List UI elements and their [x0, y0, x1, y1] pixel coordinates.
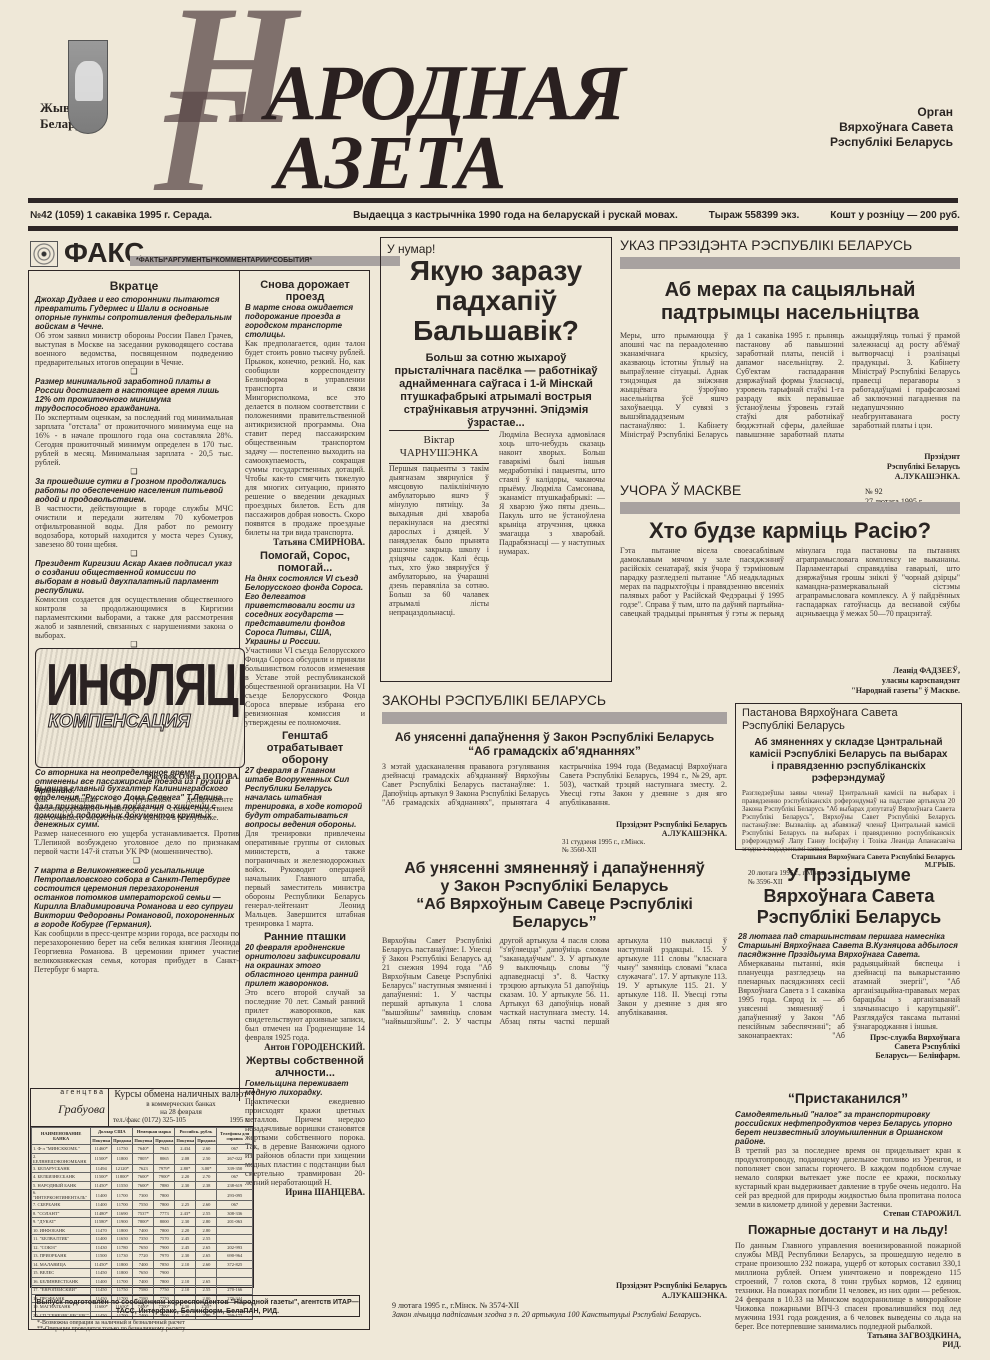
law2-headline: Аб унясенні змяненняў і дапаўненняў у За…	[382, 860, 727, 932]
brief-item: Президент Киргизии Аскар Акаев подписал …	[35, 559, 233, 640]
article-body: В третий раз за последнее время он приде…	[735, 1146, 961, 1209]
table-cell: 11550	[112, 1181, 133, 1190]
table-cell: 8065	[154, 1153, 175, 1164]
table-row: 11. "БЕЛВАЛТИБ"1140011650735075702.452.5…	[32, 1235, 253, 1244]
table-cell: 7900*	[154, 1173, 175, 1182]
brief-body: Об этом заявил министр обороны России Па…	[35, 331, 233, 367]
table-cell: 11494	[91, 1164, 112, 1173]
table-cell: 2.80	[196, 1218, 217, 1227]
presidium-lead: 28 лютага пад старшынствам першага намес…	[738, 932, 960, 959]
laws-section: ЗАКОНЫ РЭСПУБЛІКІ БЕЛАРУСЬ Аб унясенні д…	[382, 692, 727, 1319]
article-author: Антон ГОРОДЕНСКИЙ.	[245, 1042, 365, 1052]
section-bar	[620, 502, 960, 514]
table-cell: 7600*	[133, 1181, 154, 1190]
article-author: Степан СТАРОЖИЛ.	[735, 1209, 961, 1218]
headline-line: Аб унясенні змяненняў і дапаўненняў	[382, 860, 727, 878]
presidium-headline: У Прэзідыуме Вярхоўнага Савета Рэспублік…	[738, 865, 960, 928]
table-cell: 2.43*	[175, 1209, 196, 1218]
table-cell: 2.70	[196, 1173, 217, 1182]
law1-headline-title: “Аб грамадскіх аб'яднаннях”	[382, 744, 727, 758]
table-cell: 7850	[154, 1260, 175, 1269]
fax-article: Снова дорожает проезд В марте снова ожид…	[245, 279, 365, 547]
decree-body: Разгледзеўшы заявы членаў Цэнтральнай ка…	[736, 789, 961, 853]
organ-line: Вярхоўнага Савета	[830, 120, 953, 135]
section-label: УЧОРА Ў МАСКВЕ	[620, 482, 960, 498]
brief-body: По экспертным оценкам, за последний год …	[35, 413, 233, 467]
featured-author: Віктар ЧАРНУШЭНКА	[389, 430, 489, 464]
rates-note: **-Операция проводится только по безнали…	[31, 1326, 253, 1332]
table-cell: 11400	[91, 1235, 112, 1244]
table-cell	[217, 1235, 253, 1244]
article-lead: 20 февраля гродненские орнитологи зафикс…	[245, 943, 365, 988]
table-cell: 2.45	[175, 1243, 196, 1252]
table-cell: 16. БЕЛИНВЕСТБАНК	[32, 1277, 91, 1286]
table-cell: 2.10	[175, 1286, 196, 1295]
table-cell: 308-336	[217, 1209, 253, 1218]
cartoon-word-inflation: ИНФЛЯЦИЯ	[46, 649, 245, 719]
table-row: 12. "СОЮЗ"1143011780765079002.452.65202-…	[32, 1243, 253, 1252]
article-body: Для тренировки привлечены оперативные гр…	[245, 829, 365, 928]
brief-item: Джохар Дудаев и его сторонники пытаются …	[35, 295, 233, 367]
table-cell: 11580*	[91, 1218, 112, 1227]
brief-lead: Размер минимальной заработной платы в Ро…	[35, 377, 233, 413]
table-cell: 12120*	[112, 1164, 133, 1173]
col-header: Немецкая марка	[133, 1128, 175, 1137]
table-row: 2. БЕЛВНЕШЭКОНОМБАНК11500*118007805*8065…	[32, 1153, 253, 1164]
brief-lead: Джохар Дудаев и его сторонники пытаются …	[35, 295, 233, 331]
table-cell: 3.00*	[196, 1164, 217, 1173]
table-row: 5. НАРОДНЫЙ БАНК11450*115507600*78802.30…	[32, 1181, 253, 1190]
table-cell: 11470	[91, 1226, 112, 1235]
square-bullet-icon: ❑	[34, 856, 239, 866]
brief-body: Размер нанесенного ею ущерба устанавлива…	[34, 829, 239, 856]
masthead-rule	[28, 198, 958, 203]
subheader: Продажа	[196, 1136, 217, 1145]
table-row: 10. ИНФОБАНК1147011800740078002.202.80	[32, 1226, 253, 1235]
meta-line: 31 студзеня 1995 г., г.Мінск.	[562, 838, 727, 846]
signature-line: Старшыня Вярхоўнага Савета Рэспублікі Бе…	[736, 853, 955, 861]
table-cell: 2.55	[196, 1209, 217, 1218]
issue-info-line: №42 (1059) 1 сакавіка 1995 г. Серада. Вы…	[30, 210, 960, 221]
brief-lead: За прошедшие сутки в Грозном продолжалис…	[35, 477, 233, 504]
ukaz-section: УКАЗ ПРЭЗІДЭНТА РЭСПУБЛІКІ БЕЛАРУСЬ Аб м…	[620, 237, 960, 471]
table-cell: 11800	[112, 1269, 133, 1278]
table-cell	[196, 1190, 217, 1201]
cartoon-word-compensation: КОМПЕНСАЦИЯ	[48, 711, 191, 732]
article-title: Ранние пташки	[245, 931, 365, 943]
table-cell: 1. Ф-л "МИНСККОМБ."	[32, 1145, 91, 1154]
table-cell: 2.65	[196, 1243, 217, 1252]
table-cell: 2.10	[175, 1277, 196, 1286]
brief-item: Размер минимальной заработной платы в Ро…	[35, 377, 233, 467]
table-cell: 11700	[112, 1277, 133, 1286]
table-cell: 11780	[112, 1243, 133, 1252]
table-cell: 13. ПРИОРБАНК	[32, 1252, 91, 1261]
featured-body: Людміла Веснуха адмовілася хоць што-небу…	[499, 430, 605, 676]
table-cell: 7650	[133, 1243, 154, 1252]
featured-kicker: У нумар!	[381, 238, 611, 256]
rates-date: на 28 февраля	[109, 1108, 253, 1116]
signature-line: А.ЛУКАШЭНКА.	[887, 472, 960, 482]
subheader: Покупка	[133, 1136, 154, 1145]
subheader: Покупка	[91, 1136, 112, 1145]
table-cell: 11430	[91, 1243, 112, 1252]
signature-line: А.ЛУКАШЭНКА.	[382, 1291, 727, 1301]
table-cell: 2.434	[175, 1145, 196, 1154]
table-cell: 7570	[154, 1235, 175, 1244]
exchange-rates-table: агенцтва Грабуова Курсы обмена наличных …	[30, 1088, 254, 1288]
article-lead: 27 февраля в Главном штабе Вооруженных С…	[245, 766, 365, 829]
article-headline: “Пристаканился”	[735, 1090, 961, 1106]
table-cell: 10. ИНФОБАНК	[32, 1226, 91, 1235]
signature-line: Леанід ФАДЗЕЕЎ,	[620, 666, 960, 676]
table-cell: 11500	[91, 1252, 112, 1261]
table-cell	[217, 1277, 253, 1286]
table-cell: 7650	[133, 1269, 154, 1278]
table-cell: 2.30	[175, 1252, 196, 1261]
table-cell: 067	[217, 1201, 253, 1210]
subheader: Покупка	[175, 1136, 196, 1145]
featured-article: У нумар! Якую заразу падхапіў Бальшавік?…	[380, 237, 612, 682]
ukaz-headline: Аб мерах па сацыяльнай падтрымцы насельн…	[620, 279, 960, 325]
table-cell: 2.60	[196, 1145, 217, 1154]
table-cell: 7750	[154, 1286, 175, 1295]
table-cell: 2.20	[175, 1226, 196, 1235]
table-cell: 7900	[154, 1269, 175, 1278]
section-bar	[620, 257, 960, 269]
table-cell: 2.80	[196, 1226, 217, 1235]
table-row: 6. "ИНТЕРКОНТИНЕНТАЛЬ"114001170073007800…	[32, 1190, 253, 1201]
table-cell: 14. МАЛАВИЦА	[32, 1260, 91, 1269]
law1-meta: 31 студзеня 1995 г., г.Мінск. № 3560-XII	[562, 838, 727, 854]
pristakanilsya-article: “Пристаканился” Самодеятельный "налог" з…	[735, 1090, 961, 1218]
headline-line: “Аб Вярхоўным Савеце Рэспублікі Беларусь…	[382, 896, 727, 932]
table-cell: 11400	[91, 1277, 112, 1286]
inflation-cartoon: ИНФЛЯЦИЯ КОМПЕНСАЦИЯ	[35, 648, 245, 768]
law1-headline: Аб унясенні дапаўнення ў Закон Рэспублік…	[382, 730, 727, 744]
table-cell: 11750	[112, 1286, 133, 1295]
table-row: 17. "ЕВРОПЕЙСКИЙ"1145011750758077502.102…	[32, 1286, 253, 1295]
table-cell: 11450	[91, 1286, 112, 1295]
brief-item: За прошедшие сутки в Грозном продолжалис…	[35, 477, 233, 549]
table-row: 14. МАЛАВИЦА11450*11800740078502.102.603…	[32, 1260, 253, 1269]
law2-meta: 9 лютага 1995 г., г.Мінск. № 3574-XII	[392, 1301, 727, 1310]
organ-line: Орган	[830, 105, 953, 120]
table-cell: 7350	[133, 1235, 154, 1244]
section-label: ЗАКОНЫ РЭСПУБЛІКІ БЕЛАРУСЬ	[382, 692, 727, 708]
masthead-organ: Орган Вярхоўнага Савета Рэспублікі Белар…	[830, 105, 953, 150]
fax-article: Помогай, Сорос, помогай... На днях состо…	[245, 550, 365, 727]
table-cell: 2.08	[175, 1153, 196, 1164]
table-cell: 2.20	[175, 1173, 196, 1182]
featured-body: Першыя пацыенты з такім дыягназам звярну…	[389, 464, 489, 678]
article-body: Практически ежедневно происходят кражи ц…	[245, 1097, 365, 1187]
briefs-title: Вкратце	[35, 279, 233, 293]
table-row: 8. "СОЛАНТ"11480*116907537*77732.43*2.55…	[32, 1209, 253, 1218]
table-cell: 7580	[133, 1286, 154, 1295]
table-cell: 7800	[154, 1277, 175, 1286]
fax-sources-footer: Выпуск подготовлен по сообщениям корресп…	[35, 1295, 360, 1317]
article-lead: Гомельщина переживает медную лихорадку.	[245, 1079, 365, 1097]
table-cell	[196, 1269, 217, 1278]
meta-line: № 3560-XII	[562, 846, 727, 854]
table-cell: 11400	[91, 1201, 112, 1210]
table-row: 7. СБЕРБАНК1140011700755078002.252.60067	[32, 1201, 253, 1210]
circulation: Тыраж 558399 экз.	[709, 210, 799, 221]
brief-lead: Президент Киргизии Аскар Акаев подписал …	[35, 559, 233, 595]
subheader: Продажа	[112, 1136, 133, 1145]
table-cell: 11. "БЕЛВАЛТИБ"	[32, 1235, 91, 1244]
col-header: Телефоны для справок	[217, 1128, 253, 1145]
table-cell: 2.80*	[175, 1164, 196, 1173]
article-title: Генштаб отрабатывает оборону	[245, 730, 365, 766]
table-cell: 6. "ИНТЕРКОНТИНЕНТАЛЬ"	[32, 1190, 91, 1201]
featured-deck: Больш за сотню жыхароў прысталічнага пас…	[381, 346, 611, 436]
table-cell: 293-095	[217, 1190, 253, 1201]
col-header: Российск. рубль	[175, 1128, 217, 1137]
agency-name: Грабуова	[31, 1102, 108, 1117]
table-cell: 2.30	[175, 1218, 196, 1227]
col-header: Доллар США	[91, 1128, 133, 1137]
table-cell: 11450*	[91, 1181, 112, 1190]
newspaper-logo: Н Г АРОДНАЯ АЗЕТА	[135, 20, 835, 195]
law2-signature: Прэзідэнт Рэспублікі Беларусь А.ЛУКАШЭНК…	[382, 1281, 727, 1301]
table-cell: 11690	[112, 1209, 133, 1218]
table-cell: 11730	[112, 1252, 133, 1261]
article-author: Татьяна СМИРНОВА.	[245, 537, 365, 547]
table-cell: 7. СБЕРБАНК	[32, 1201, 91, 1210]
table-cell: 2.10	[175, 1260, 196, 1269]
fax-header: ФАКС *ФАКТЫ*АРГУМЕНТЫ*КОММЕНТАРИИ*СОБЫТИ…	[30, 241, 370, 267]
table-cell: 11800	[112, 1153, 133, 1164]
table-cell: 2.60	[196, 1260, 217, 1269]
table-cell: 067	[217, 1173, 253, 1182]
table-cell	[175, 1190, 196, 1201]
table-cell: 238-619	[217, 1181, 253, 1190]
brief-body: Комиссия создается для осуществления общ…	[35, 595, 233, 640]
law1-signature: Прэзідэнт Рэспублікі Беларусь А.ЛУКАШЭНК…	[382, 820, 727, 838]
table-cell: 11650	[112, 1235, 133, 1244]
table-cell: 7550	[133, 1201, 154, 1210]
table-row: 9. "ДУКАТ"11580*119007800*80002.302.8020…	[32, 1218, 253, 1227]
article-title: Помогай, Сорос, помогай...	[245, 550, 365, 574]
table-cell: 067	[217, 1145, 253, 1154]
brief-lead: Бывшая главный бухгалтер Калининградског…	[34, 784, 239, 829]
table-cell: 11450	[91, 1269, 112, 1278]
subheader: Продажа	[154, 1136, 175, 1145]
law2-note: Закон лічыцца падпісаным згодна з п. 20 …	[392, 1310, 727, 1319]
decree-headline: Аб змяненнях у складзе Цэнтральнай каміс…	[748, 737, 949, 785]
signature-line: Беларусь— Белінфарм.	[738, 1051, 960, 1060]
article-title: Жертвы собственной алчности...	[245, 1055, 365, 1079]
table-row: 3. БЕЛАРУСБАНК1149412120*76237979*2.80*3…	[32, 1164, 253, 1173]
square-bullet-icon: ❑	[35, 467, 233, 477]
rates-subtitle: в коммерческих банках	[109, 1100, 253, 1108]
table-cell: 2.38	[196, 1181, 217, 1190]
article-body: Участники VI съезда Белорусского Фонда С…	[245, 646, 365, 727]
signature-line: уласны карэспандэнт	[620, 676, 960, 686]
table-cell: 2.55	[196, 1235, 217, 1244]
table-cell: 372-825	[217, 1260, 253, 1269]
fire-article: Пожарные достанут и на льду! По данным Г…	[735, 1222, 961, 1349]
table-cell: 7720	[133, 1252, 154, 1261]
article-lead: Самодеятельный "налог" за транспортировк…	[735, 1110, 961, 1146]
brief-item: Бывшая главный бухгалтер Калининградског…	[34, 784, 239, 974]
table-cell: 7945	[154, 1145, 175, 1154]
presidium-article: У Прэзідыуме Вярхоўнага Савета Рэспублік…	[738, 865, 960, 1060]
square-bullet-icon: ❑	[35, 367, 233, 377]
article-body: Это всего второй случай за последние 70 …	[245, 988, 365, 1042]
agency-label: агенцтва	[31, 1089, 108, 1096]
brief-body: Как сообщили в пресс-центре мэрии города…	[34, 929, 239, 974]
table-row: 4. БЕЛБИЗНЕСБАНК11500*11800*7600*7900*2.…	[32, 1173, 253, 1182]
section-bar	[382, 712, 727, 724]
table-cell: 11700	[112, 1190, 133, 1201]
table-cell: 11800*	[112, 1173, 133, 1182]
table-cell: 11450*	[91, 1260, 112, 1269]
signature-line: Рэспублікі Беларусь	[887, 462, 960, 472]
col-header: НАИМЕНОВАНИЕ БАНКА	[32, 1128, 91, 1145]
article-headline: Пожарные достанут и на льду!	[735, 1222, 961, 1238]
issue-number: №42 (1059) 1 сакавіка 1995 г. Серада.	[30, 210, 212, 221]
table-cell: 2. БЕЛВНЕШЭКОНОМБАНК	[32, 1153, 91, 1164]
logo-line2: АЗЕТА	[275, 120, 506, 207]
table-cell: 7537*	[133, 1209, 154, 1218]
ukaz-signature: Прэзідэнт Рэспублікі Беларусь А.ЛУКАШЭНК…	[887, 452, 960, 482]
table-cell: 11750	[112, 1145, 133, 1154]
table-cell: 15. ВЕЛЕС	[32, 1269, 91, 1278]
signature-line: Прэзідэнт Рэспублікі Беларусь	[382, 1281, 727, 1291]
table-cell: 3. БЕЛАРУСБАНК	[32, 1164, 91, 1173]
table-cell: 5. НАРОДНЫЙ БАНК	[32, 1181, 91, 1190]
law1-body: З мэтай удасканалення прававога рэгулява…	[382, 762, 727, 820]
ukaz-body: Меры, што прымаюцца ў апошні час па пера…	[620, 331, 960, 471]
pahonia-crest-icon	[68, 40, 108, 134]
fax-article: Ранние пташки 20 февраля гродненские орн…	[245, 931, 365, 1052]
signature-line: Прэзідэнт Рэспублікі Беларусь	[382, 820, 727, 829]
table-row: 15. ВЕЛЕС114501180076507900	[32, 1269, 253, 1278]
table-cell	[217, 1226, 253, 1235]
table-cell	[217, 1269, 253, 1278]
table-cell: 8. "СОЛАНТ"	[32, 1209, 91, 1218]
table-cell: 2.25	[175, 1201, 196, 1210]
table-cell: 267-022	[217, 1153, 253, 1164]
section-label: УКАЗ ПРЭЗІДЭНТА РЭСПУБЛІКІ БЕЛАРУСЬ	[620, 237, 960, 253]
law2-body: Вярхоўны Савет Рэспублікі Беларусь паста…	[382, 936, 727, 1281]
table-cell: 11460*	[91, 1145, 112, 1154]
signature-line: РИД.	[735, 1340, 961, 1349]
table-cell: 2.50	[196, 1153, 217, 1164]
table-cell: 2.65	[196, 1277, 217, 1286]
organ-line: Рэспублікі Беларусь	[830, 135, 953, 150]
table-cell: 201-063	[217, 1218, 253, 1227]
table-cell: 270-166	[217, 1286, 253, 1295]
table-cell: 2.45	[175, 1235, 196, 1244]
table-cell: 11480*	[91, 1209, 112, 1218]
moscow-body: Гэта пытанне вісела своеасаблівым дамокл…	[620, 546, 960, 666]
rates-title: Курсы обмена наличных валют	[109, 1089, 253, 1100]
table-cell: 7800	[154, 1190, 175, 1201]
table-cell: 202-993	[217, 1243, 253, 1252]
table-cell: 7800	[154, 1226, 175, 1235]
table-cell: 7600*	[133, 1173, 154, 1182]
table-cell: 7970	[154, 1252, 175, 1261]
table-cell: 2.60	[196, 1201, 217, 1210]
article-lead: В марте снова ожидается подорожание прое…	[245, 303, 365, 339]
square-bullet-icon: ❑	[35, 549, 233, 559]
masthead-rule	[28, 226, 958, 231]
table-cell: 7400	[133, 1277, 154, 1286]
table-cell: 2.30	[175, 1181, 196, 1190]
signature-line: Татьяна ЗАГВОЗДКИНА,	[735, 1331, 961, 1340]
brief-lead: 7 марта в Великокняжеской усыпальнице Пе…	[34, 866, 239, 929]
table-cell: 11800	[112, 1226, 133, 1235]
price: Кошт у розніцу — 200 руб.	[830, 210, 960, 221]
signature-line: Савета Рэспублікі	[738, 1042, 960, 1051]
published-since: Выдаецца з кастрычніка 1990 года на бела…	[353, 210, 678, 221]
table-cell: 7623	[133, 1164, 154, 1173]
signature-line: Прэзідэнт	[887, 452, 960, 462]
table-row: 16. БЕЛИНВЕСТБАНК1140011700740078002.102…	[32, 1277, 253, 1286]
table-cell: 2.55	[196, 1286, 217, 1295]
table-cell: 11900	[112, 1218, 133, 1227]
table-cell: 7880	[154, 1181, 175, 1190]
agency-logo: агенцтва Грабуова	[31, 1089, 109, 1126]
radar-icon	[30, 241, 58, 267]
table-cell: 7300	[133, 1190, 154, 1201]
table-cell: 7900	[154, 1243, 175, 1252]
decree-title: Рэспублікі Беларусь	[736, 720, 961, 733]
table-cell: 7805*	[133, 1153, 154, 1164]
table-cell: 17. "ЕВРОПЕЙСКИЙ"	[32, 1286, 91, 1295]
rates-phone: тел./факс (0172) 325-105	[113, 1116, 186, 1124]
table-cell: 7773	[154, 1209, 175, 1218]
article-author: Ирина ШАНЦЕВА.	[245, 1187, 365, 1197]
table-cell: 690-964	[217, 1252, 253, 1261]
signature-line: А.ЛУКАШЭНКА.	[382, 829, 727, 838]
table-row: 1. Ф-л "МИНСККОМБ."11460*117507640*79452…	[32, 1145, 253, 1154]
cartoon-caption: Рисунок Олега ПОПОВА.	[120, 772, 240, 781]
table-cell: 7979*	[154, 1164, 175, 1173]
article-body: Как предполагается, один талон будет сто…	[245, 339, 365, 537]
table-row: 13. ПРИОРБАНК1150011730772079702.302.656…	[32, 1252, 253, 1261]
table-cell: 4. БЕЛБИЗНЕСБАНК	[32, 1173, 91, 1182]
headline-line: у Закон Рэспублікі Беларусь	[382, 878, 727, 896]
table-cell	[175, 1269, 196, 1278]
fax-article: Генштаб отрабатывает оборону 27 февраля …	[245, 730, 365, 928]
table-cell: 7640*	[133, 1145, 154, 1154]
fax-tagline: *ФАКТЫ*АРГУМЕНТЫ*КОММЕНТАРИИ*СОБЫТИЯ*	[130, 256, 400, 266]
table-cell: 8000	[154, 1218, 175, 1227]
article-title: Снова дорожает проезд	[245, 279, 365, 303]
fax-right-column: Снова дорожает проезд В марте снова ожид…	[245, 279, 365, 1319]
table-cell: 11400	[91, 1190, 112, 1201]
decree-box: Пастанова Вярхоўнага Савета Рэспублікі Б…	[735, 703, 962, 850]
article-lead: На днях состоялся VI съезд Белорусского …	[245, 574, 365, 646]
moscow-section: УЧОРА Ў МАСКВЕ Хто будзе карміць Расію? …	[620, 482, 960, 696]
decree-title: Пастанова Вярхоўнага Савета	[736, 704, 961, 720]
table-cell: 2.65	[196, 1252, 217, 1261]
table-cell: 7400	[133, 1260, 154, 1269]
fax-article: Жертвы собственной алчности... Гомельщин…	[245, 1055, 365, 1197]
moscow-headline: Хто будзе карміць Расію?	[620, 518, 960, 544]
rates-grid: НАИМЕНОВАНИЕ БАНКАДоллар СШАНемецкая мар…	[31, 1127, 253, 1320]
article-body: По данным Главного управления военизиров…	[735, 1241, 961, 1331]
table-cell: 7800	[154, 1201, 175, 1210]
table-cell: 7800*	[133, 1218, 154, 1227]
table-cell: 11800	[112, 1260, 133, 1269]
table-cell: 339-350	[217, 1164, 253, 1173]
